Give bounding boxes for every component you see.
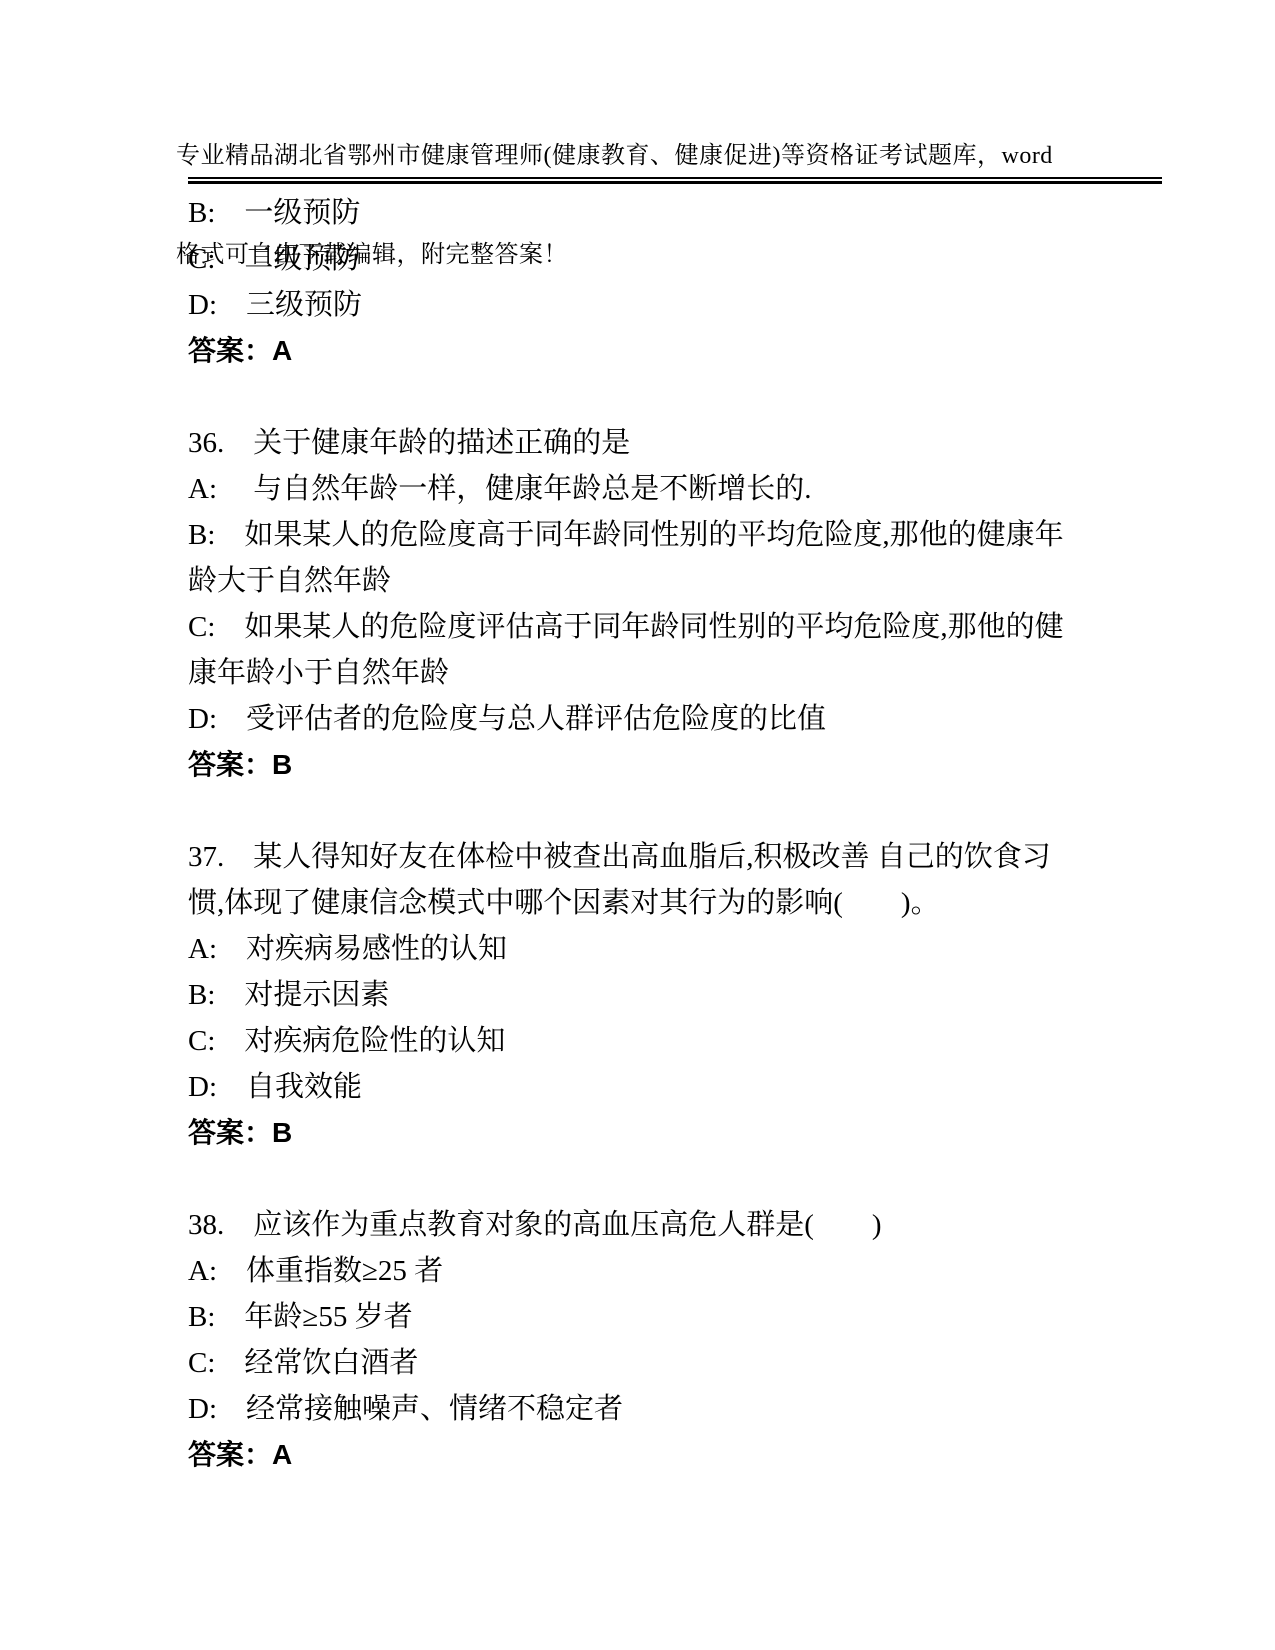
option-line: C: 对疾病危险性的认知 bbox=[188, 1018, 1064, 1064]
answer-line: 答案：B bbox=[188, 742, 1064, 788]
stem-line: 37. 某人得知好友在体检中被查出高血脂后,积极改善 自己的饮食习 bbox=[188, 834, 1064, 880]
question-36: 36. 关于健康年龄的描述正确的是A: 与自然年龄一样，健康年龄总是不断增长的.… bbox=[188, 420, 1064, 788]
option-line: B: 年龄≥55 岁者 bbox=[188, 1294, 1064, 1340]
option-line: B: 如果某人的危险度高于同年龄同性别的平均危险度,那他的健康年 bbox=[188, 512, 1064, 558]
option-line: B: 对提示因素 bbox=[188, 972, 1064, 1018]
option-line: D: 经常接触噪声、情绪不稳定者 bbox=[188, 1386, 1064, 1432]
question-38: 38. 应该作为重点教育对象的高血压高危人群是( )A: 体重指数≥25 者B:… bbox=[188, 1202, 1064, 1478]
answer-line: 答案：B bbox=[188, 1110, 1064, 1156]
option-line: A: 对疾病易感性的认知 bbox=[188, 926, 1064, 972]
option-line: D: 受评估者的危险度与总人群评估危险度的比值 bbox=[188, 696, 1064, 742]
answer-line: 答案：A bbox=[188, 1432, 1064, 1478]
question-35-options-tail: B: 一级预防C: 二级预防D: 三级预防答案：A bbox=[188, 190, 1064, 374]
option-line: A: 体重指数≥25 者 bbox=[188, 1248, 1064, 1294]
option-line: B: 一级预防 bbox=[188, 190, 1064, 236]
header-note-line-1: 专业精品湖北省鄂州市健康管理师(健康教育、健康促进)等资格证考试题库，word bbox=[176, 140, 1053, 173]
option-line: D: 三级预防 bbox=[188, 282, 1064, 328]
answer-line: 答案：A bbox=[188, 328, 1064, 374]
option-line: A: 与自然年龄一样，健康年龄总是不断增长的. bbox=[188, 466, 1064, 512]
header-divider-rule bbox=[188, 177, 1162, 184]
document-page: 专业精品湖北省鄂州市健康管理师(健康教育、健康促进)等资格证考试题库，word … bbox=[0, 0, 1275, 1650]
option-line: C: 二级预防 bbox=[188, 236, 1064, 282]
option-line: D: 自我效能 bbox=[188, 1064, 1064, 1110]
continuation-line: 惯,体现了健康信念模式中哪个因素对其行为的影响( )。 bbox=[188, 880, 1064, 926]
stem-line: 38. 应该作为重点教育对象的高血压高危人群是( ) bbox=[188, 1202, 1064, 1248]
option-line: C: 经常饮白酒者 bbox=[188, 1340, 1064, 1386]
continuation-line: 龄大于自然年龄 bbox=[188, 558, 1064, 604]
continuation-line: 康年龄小于自然年龄 bbox=[188, 650, 1064, 696]
question-list: B: 一级预防C: 二级预防D: 三级预防答案：A36. 关于健康年龄的描述正确… bbox=[188, 190, 1064, 1478]
question-37: 37. 某人得知好友在体检中被查出高血脂后,积极改善 自己的饮食习惯,体现了健康… bbox=[188, 834, 1064, 1156]
stem-line: 36. 关于健康年龄的描述正确的是 bbox=[188, 420, 1064, 466]
option-line: C: 如果某人的危险度评估高于同年龄同性别的平均危险度,那他的健 bbox=[188, 604, 1064, 650]
